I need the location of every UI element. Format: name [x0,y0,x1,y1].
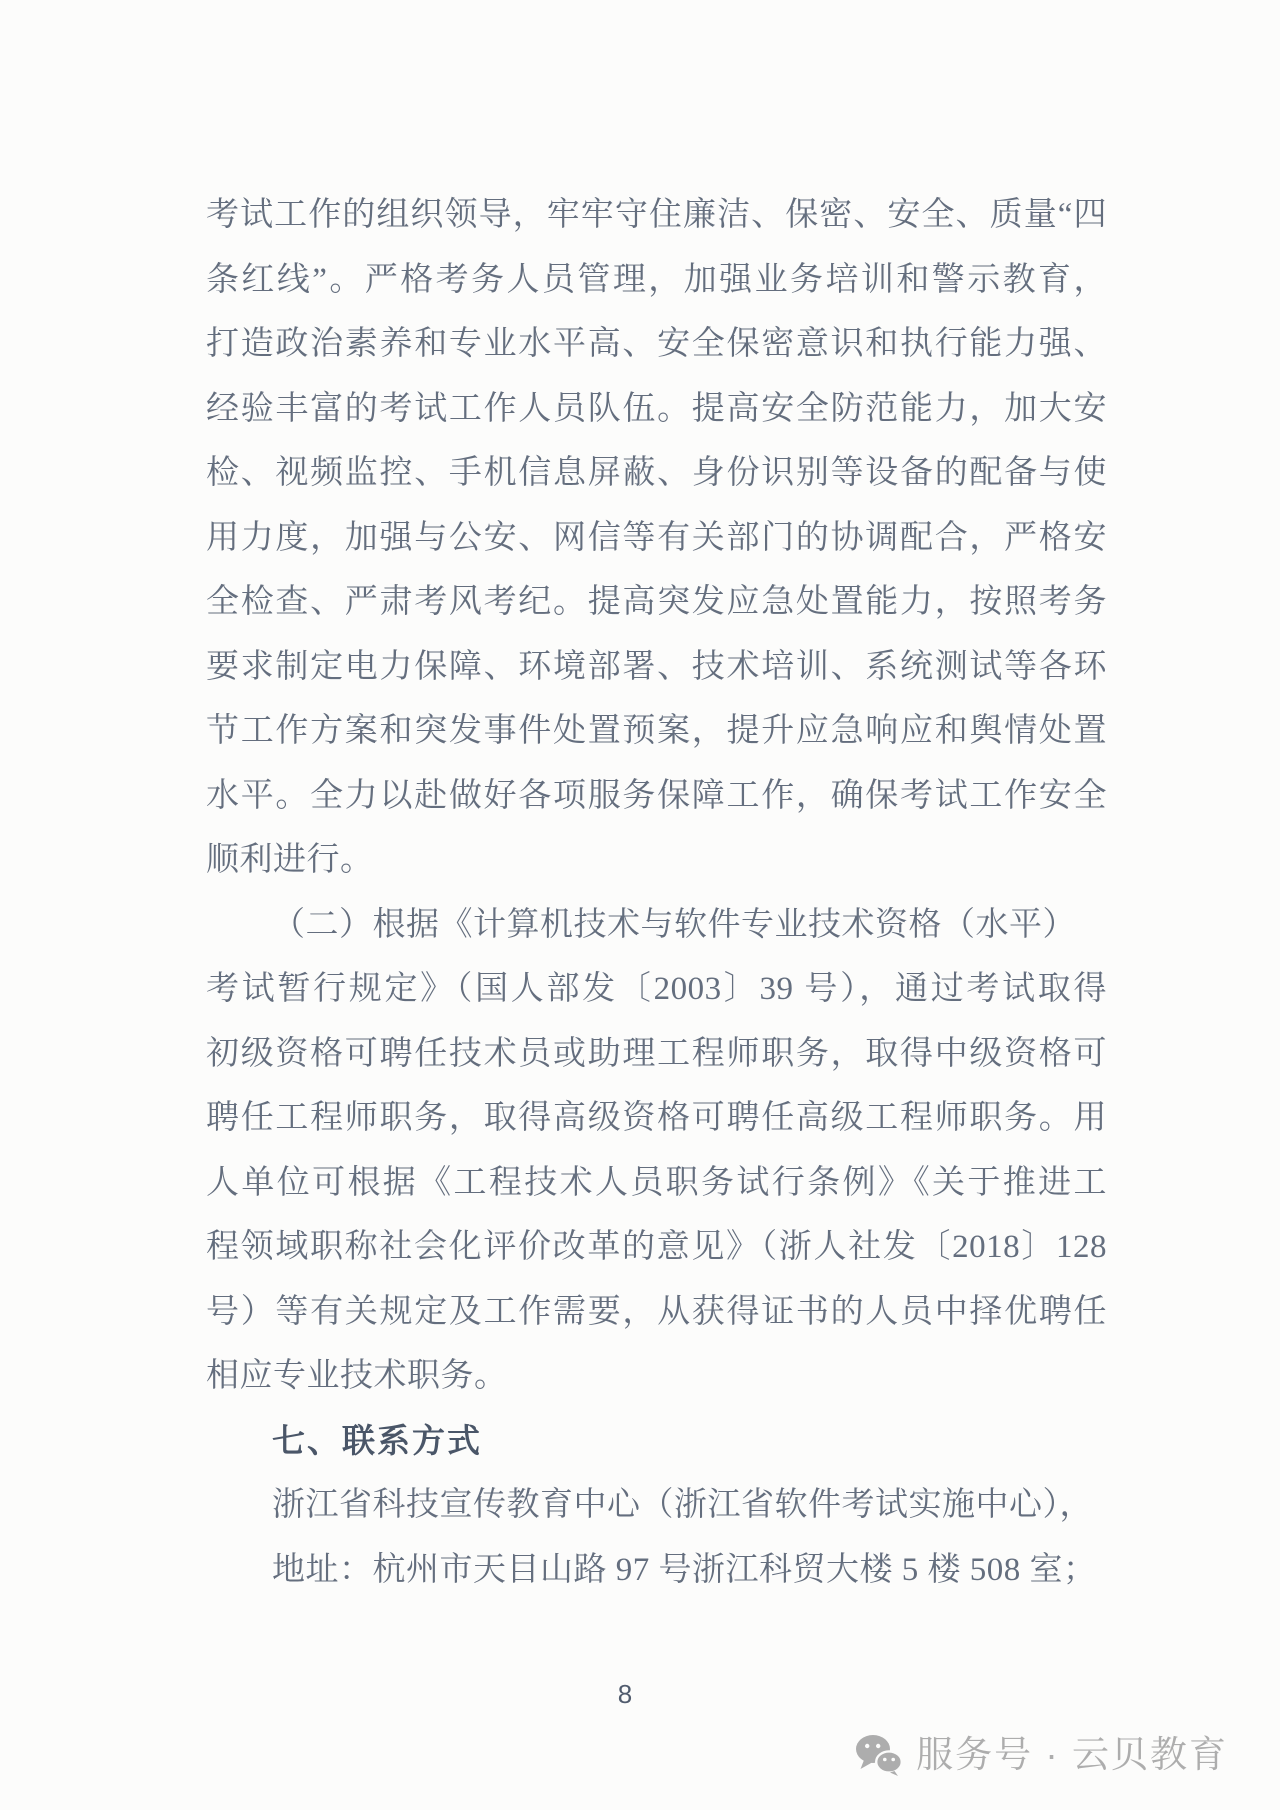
document-line: 水平。全力以赴做好各项服务保障工作，确保考试工作安全 [206,764,1107,829]
document-line: 检、视频监控、手机信息屏蔽、身份识别等设备的配备与使 [206,441,1107,506]
document-line: 浙江省科技宣传教育中心（浙江省软件考试实施中心）， [206,1473,1107,1538]
page-number: 8 [0,1680,1250,1708]
wechat-account-label: 服务号 · 云贝教育 [916,1734,1228,1776]
document-line: 考试暂行规定》（国人部发〔2003〕39 号），通过考试取得 [206,957,1107,1022]
section-heading: 七、联系方式 [206,1409,1107,1474]
document-line: 顺利进行。 [206,828,1107,893]
document-line: 人单位可根据《工程技术人员职务试行条例》《关于推进工 [206,1151,1107,1216]
document-line: 聘任工程师职务，取得高级资格可聘任高级工程师职务。用 [206,1086,1107,1151]
document-line: 号）等有关规定及工作需要，从获得证书的人员中择优聘任 [206,1280,1107,1345]
document-page: 考试工作的组织领导，牢牢守住廉洁、保密、安全、质量“四条红线”。严格考务人员管理… [0,0,1280,1810]
document-line: 节工作方案和突发事件处置预案，提升应急响应和舆情处置 [206,699,1107,764]
document-text-body: 考试工作的组织领导，牢牢守住廉洁、保密、安全、质量“四条红线”。严格考务人员管理… [206,183,1107,1602]
document-line: （二）根据《计算机技术与软件专业技术资格（水平） [206,893,1107,958]
document-line: 用力度，加强与公安、网信等有关部门的协调配合，严格安 [206,506,1107,571]
document-line: 相应专业技术职务。 [206,1344,1107,1409]
wechat-account-badge: 服务号 · 云贝教育 [855,1734,1228,1776]
document-line: 地址：杭州市天目山路 97 号浙江科贸大楼 5 楼 508 室； [206,1538,1107,1603]
document-line: 打造政治素养和专业水平高、安全保密意识和执行能力强、 [206,312,1107,377]
wechat-icon [855,1734,903,1776]
document-line: 初级资格可聘任技术员或助理工程师职务，取得中级资格可 [206,1022,1107,1087]
document-line: 要求制定电力保障、环境部署、技术培训、系统测试等各环 [206,635,1107,700]
document-line: 条红线”。严格考务人员管理，加强业务培训和警示教育， [206,248,1107,313]
document-line: 考试工作的组织领导，牢牢守住廉洁、保密、安全、质量“四 [206,183,1107,248]
document-line: 全检查、严肃考风考纪。提高突发应急处置能力，按照考务 [206,570,1107,635]
document-line: 程领域职称社会化评价改革的意见》（浙人社发〔2018〕128 [206,1215,1107,1280]
document-line: 经验丰富的考试工作人员队伍。提高安全防范能力，加大安 [206,377,1107,442]
